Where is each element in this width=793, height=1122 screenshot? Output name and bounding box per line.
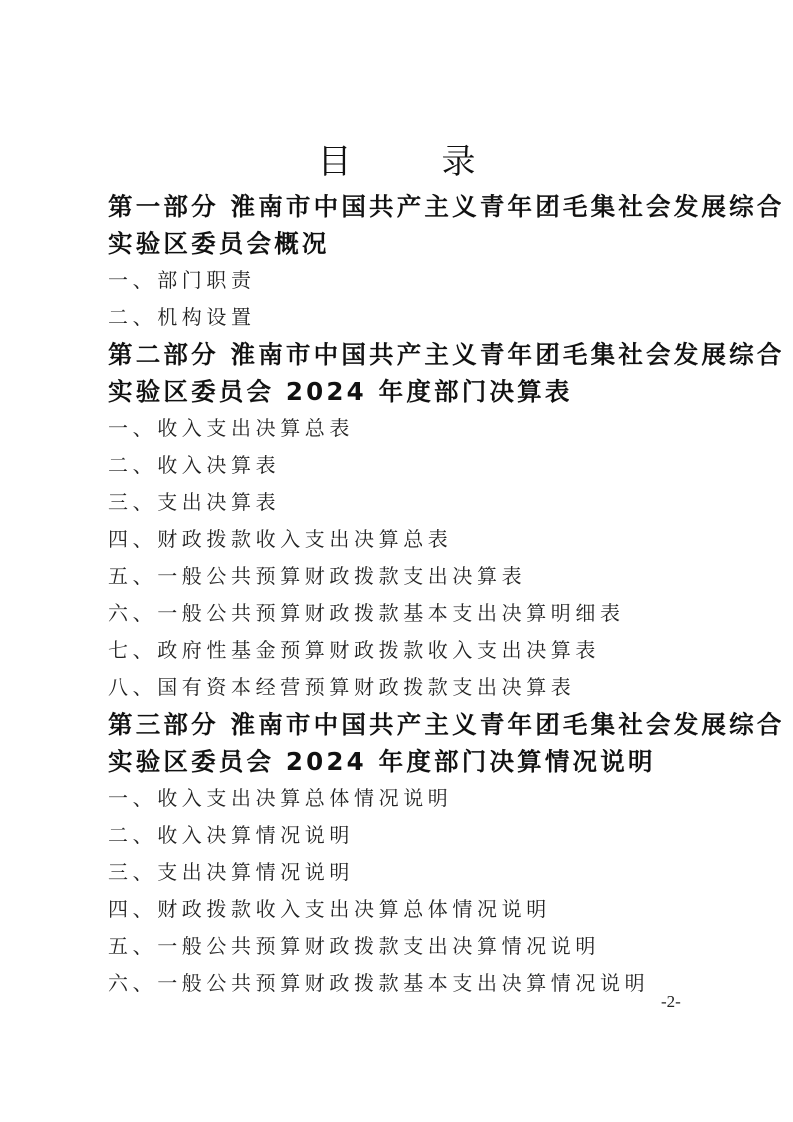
part-2-heading-line-1[interactable]: 第二部分 淮南市中国共产主义青年团毛集社会发展综合 — [108, 336, 708, 373]
table-of-contents: 第一部分 淮南市中国共产主义青年团毛集社会发展综合 实验区委员会概况 一、部门职… — [108, 188, 708, 1002]
toc-entry[interactable]: 二、收入决算情况说明 — [108, 817, 708, 854]
toc-entry[interactable]: 七、政府性基金预算财政拨款收入支出决算表 — [108, 632, 708, 669]
part-1-heading-line-1[interactable]: 第一部分 淮南市中国共产主义青年团毛集社会发展综合 — [108, 188, 708, 225]
toc-title: 目 录 — [0, 141, 793, 183]
toc-entry[interactable]: 六、一般公共预算财政拨款基本支出决算情况说明 — [108, 965, 708, 1002]
toc-entry[interactable]: 八、国有资本经营预算财政拨款支出决算表 — [108, 669, 708, 706]
toc-entry[interactable]: 四、财政拨款收入支出决算总体情况说明 — [108, 891, 708, 928]
part-3-heading-line-1[interactable]: 第三部分 淮南市中国共产主义青年团毛集社会发展综合 — [108, 706, 708, 743]
part-3-heading-line-2[interactable]: 实验区委员会 2024 年度部门决算情况说明 — [108, 743, 708, 780]
toc-entry[interactable]: 三、支出决算表 — [108, 484, 708, 521]
part-2-heading-line-2[interactable]: 实验区委员会 2024 年度部门决算表 — [108, 373, 708, 410]
toc-entry[interactable]: 二、机构设置 — [108, 299, 708, 336]
page-number: -2- — [661, 992, 681, 1012]
toc-entry[interactable]: 二、收入决算表 — [108, 447, 708, 484]
toc-entry[interactable]: 六、一般公共预算财政拨款基本支出决算明细表 — [108, 595, 708, 632]
toc-entry[interactable]: 四、财政拨款收入支出决算总表 — [108, 521, 708, 558]
toc-entry[interactable]: 三、支出决算情况说明 — [108, 854, 708, 891]
toc-entry[interactable]: 五、一般公共预算财政拨款支出决算表 — [108, 558, 708, 595]
toc-entry[interactable]: 一、收入支出决算总体情况说明 — [108, 780, 708, 817]
toc-entry[interactable]: 五、一般公共预算财政拨款支出决算情况说明 — [108, 928, 708, 965]
part-1-heading-line-2[interactable]: 实验区委员会概况 — [108, 225, 708, 262]
toc-entry[interactable]: 一、收入支出决算总表 — [108, 410, 708, 447]
toc-entry[interactable]: 一、部门职责 — [108, 262, 708, 299]
